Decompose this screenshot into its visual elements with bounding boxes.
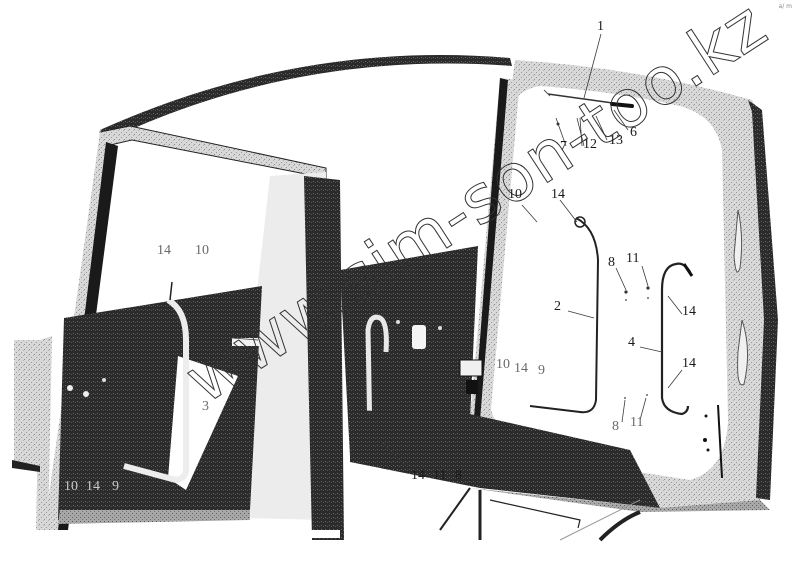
corner-mark: a/ m [779,3,792,10]
callout-10-rear-top: 10 [508,188,522,202]
callout-8-dash: 8 [455,469,462,483]
callout-14-seal4-top: 14 [682,305,696,319]
callout-10-door-bottom: 10 [64,480,78,494]
callout-8-upper: 8 [608,256,615,270]
callout-11-lower: 11 [630,416,643,430]
callout-14-dash: 14 [411,469,425,483]
callout-10-mid: 10 [496,358,510,372]
callout-14-mid: 14 [514,362,528,376]
cab-drawing [0,0,800,565]
callout-14-door-bottom: 14 [86,480,100,494]
parts-diagram: www.sim-son-too.kz 1 7 12 13 6 10 14 8 1… [0,0,800,565]
callout-10-door: 10 [195,244,209,258]
callout-11-upper: 11 [626,252,639,266]
callout-1: 1 [597,20,604,34]
callout-14-door: 14 [157,244,171,258]
callout-11-dash: 11 [433,469,446,483]
callout-4: 4 [628,336,635,350]
callout-7: 7 [560,140,567,154]
callout-9-door-bottom: 9 [112,480,119,494]
callout-14-seal4-bottom: 14 [682,357,696,371]
callout-3: 3 [202,400,209,414]
callout-6: 6 [630,126,637,140]
callout-12: 12 [583,138,597,152]
callout-8-lower: 8 [612,420,619,434]
roof-arch [100,55,512,138]
callout-13: 13 [609,134,623,148]
callout-9-mid: 9 [538,364,545,378]
callout-14-rear-top: 14 [551,188,565,202]
callout-2: 2 [554,300,561,314]
